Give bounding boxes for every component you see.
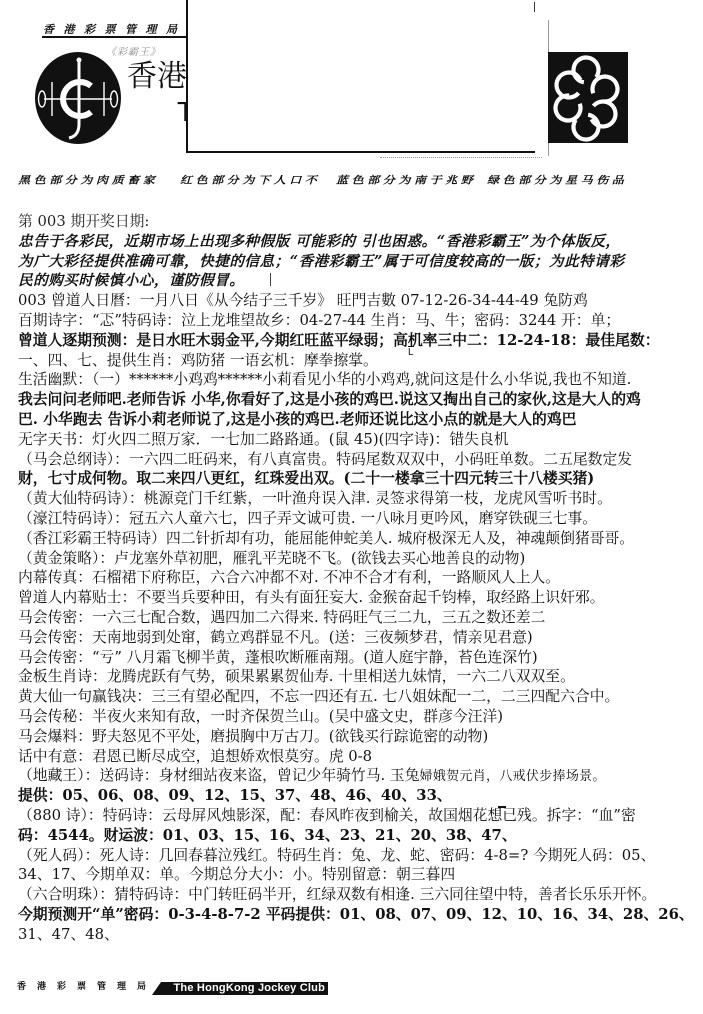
blank-cover-box [186, 0, 535, 153]
body-line-odd-even: 34、17、今期单双：单。今期总分大小：小。特别留意：朝三暮四 [18, 865, 700, 885]
body-line-dizangwang: （地藏王）：送码诗：身材细站夜来盗，曾记少年骑竹马. 玉兔婦娥贺元肖，八戒伏步捧… [18, 766, 700, 786]
body-line-xiangjiang-poem: （香江彩霸王特码诗）四二针折却有功，能屈能伸蛇美人. 城府极深无人及，神魂颠倒猪… [18, 529, 700, 549]
footer-club-name: The HongKong Jockey Club [174, 982, 325, 995]
body-line-forecast-cont: 31、47、48、 [18, 925, 700, 945]
legend-green: 绿色部分为星马伤品 [487, 174, 627, 186]
jockey-club-emblem-icon [35, 52, 121, 144]
notice-line: 民的购买时候慎小心，谨防假冒。 [18, 271, 700, 291]
stray-bar-mark [270, 273, 271, 286]
body-line-secret-2: 马会传密：天南地弱到处窜，鹤立鸡群显不凡。(送：三夜频梦君，情亲见君意) [18, 628, 700, 648]
stray-l-mark: L [408, 346, 414, 358]
body-line-almanac: 003 曾道人日曆：一月八日《从今结子三千岁》 旺門吉數 07-12-26-34… [18, 291, 700, 311]
body-line-880-poem: （880 诗）：特码诗：云母屏风烛影深，配：春风昨夜到榆关，故国烟花想已残。拆字… [18, 806, 700, 826]
legend-blue: 蓝色部分为南于兆野 [336, 174, 476, 186]
body-line-dead-code: （死人码）：死人诗：几回春暮泣残红。特码生肖：兔、龙、蛇、密码：4-8=? 今期… [18, 846, 700, 866]
body-line-provided-numbers: 提供：05、06、08、09、12、15、37、48、46、40、33、 [18, 786, 700, 806]
footer-club-band: The HongKong Jockey Club [152, 982, 328, 995]
masthead-title: 香港 [127, 60, 187, 94]
body-line-golden-strategy: （黄金策略）：卢龙塞外草初肥，雁乳平芜晓不飞。(欲钱去买心地善良的动物) [18, 549, 700, 569]
dizangwang-tail: 婦娥贺元肖，八戒伏步捧场景。 [420, 769, 606, 784]
stray-underline-mark [498, 806, 506, 808]
body-line-zodiac-poem: 金板生肖诗：龙腾虎跃有气势，硕果累累贺仙寿. 十里相送九妹情，一六二八双双至。 [18, 667, 700, 687]
body-line-fortune-numbers: 码：4544。财运波：01、03、15、16、34、23、21、20、38、47… [18, 826, 700, 846]
body-line-jockey-poem: （马会总纲诗）：一六四二旺码来，有八真富贵。特码尾数双双中，小码旺单数。二五尾数… [18, 450, 700, 470]
article-body: 第 003 期开奖日期: 忠告于各彩民，近期市场上出现多种假版 可能彩的 引也困… [18, 212, 700, 944]
body-line-wongtaisin-poem: （黄大仙特码诗）：桃源竞门千红紫，一叶渔舟误入津. 灵签求得第一枝，龙虎风雪听书… [18, 489, 700, 509]
legend-black: 黑色部分为肉质畜家 [18, 174, 158, 186]
body-line-hint: 话中有意：君恩已断尽成空，追想娇欢恨莫穷。虎 0-8 [18, 747, 700, 767]
body-line-wordless-book: 无字天书：灯火四二照万家．一七加二路路通。(鼠 45)(四字诗)：错失良机 [18, 430, 700, 450]
body-line-prediction: 曾道人逐期预测：是日水旺木弱金平,今期红旺蓝平绿弱；高机率三中二：12-24-1… [18, 331, 700, 351]
body-line-secret-1: 马会传密：一六三七配合数，遇四加二六得来. 特码旺气三二九，三五之数还差二 [18, 608, 700, 628]
body-line-secret-4: 马会传秘：半夜火来知有敌，一时齐保贺兰山。(吴中盛文史，群彦今汪洋) [18, 707, 700, 727]
stray-tick-mark [534, 2, 535, 12]
body-line-humor-cont: 我去问问老师吧.老师告诉 小华,你看好了,这是小孩的鸡巴.说这又掏出自己的家伙,… [18, 390, 700, 410]
body-line-secret-3: 马会传密：“亏” 八月霜飞柳半黄，蓬根吹断雁南翔。(道人庭宇静，苔色连深竹) [18, 648, 700, 668]
issue-title: 第 003 期开奖日期: [18, 212, 700, 232]
body-line-winning-rhyme: 黄大仙一句赢钱决：三三有望必配四，不忘一四还有五. 七八姐妹配一二，二三四配六合… [18, 687, 700, 707]
dizangwang-main: （地藏王）：送码诗：身材细站夜来盗，曾记少年骑竹马. 玉兔 [18, 767, 420, 784]
body-line-forecast: 今期预测开“单”密码：0-3-4-8-7-2 平码提供：01、08、07、09、… [18, 905, 700, 925]
footer-org-name: 香港彩票管理局 [17, 982, 157, 993]
notice-line: 忠告于各彩民，近期市场上出现多种假版 可能彩的 引也困惑。“香港彩霸王”为个体版… [18, 232, 700, 252]
color-legend-row: 黑色部分为肉质畜家 红色部分为下人口不 蓝色部分为南于兆野 绿色部分为星马伤品 [18, 173, 688, 187]
notice-line: 为广大彩径提供准确可靠，快捷的信息；“香港彩霸王”属于可信度较高的一版；为此特请… [18, 252, 700, 272]
header-rule [42, 36, 186, 38]
body-line-insider-tips: 曾道人内幕贴士：不要当兵要种田，有头有面狂妄大. 金猴奋起千钧棒，取经路上识奸邪… [18, 588, 700, 608]
body-line-insider: 内幕传真：石榴裙下府称臣，六合六冲都不对. 不冲不合才有利，一路顺风人上人。 [18, 568, 700, 588]
body-line-jockey-poem-cont: 财，七寸成何物。取二来四八更红，红珠爱出双。(二十一楼拿三十四元转三十八楼买猪) [18, 469, 700, 489]
body-line-humor: 生活幽默：（一）******小鸡鸡******小莉看见小华的小鸡鸡,就问这是什么… [18, 370, 700, 390]
body-line-macau-poem: （濠江特码诗）：冠五六人童六七，四子弄文诚可贵. 一八咏月更吟风，磨穿铁砚三七事… [18, 509, 700, 529]
body-line-pearl-poem: （六合明珠）：猜特码诗：中门转旺码半开，红绿双数有相逢. 三六同往望中特，善者长… [18, 885, 700, 905]
legend-red: 红色部分为下人口不 [180, 174, 320, 186]
hkjc-rings-logo-icon [548, 52, 628, 143]
body-line-tail-numbers: 一、四、七、提供生肖：鸡防猪 一语玄机：摩拳擦掌。 [18, 351, 700, 371]
body-line-scoop: 马会爆料：野夫怒见不平处，磨损胸中万古刀。(欲钱买行踪诡密的动物) [18, 727, 700, 747]
body-line-poem-code: 百期诗字：“忑”特码诗：泣上龙堆望故乡：04-27-44 生肖：马、牛；密码：3… [18, 311, 700, 331]
body-line-humor-cont: 巴. 小华跑去 告诉小莉老师说了,这是小孩的鸡巴.老师还说比这小点的就是大人的鸡… [18, 410, 700, 430]
scan-specks [380, 157, 542, 158]
header-org-name: 香港彩票管理局 [43, 21, 187, 37]
